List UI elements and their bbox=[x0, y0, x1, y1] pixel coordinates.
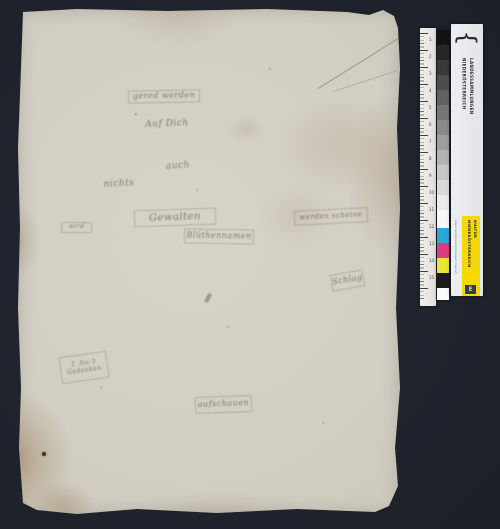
brand-block: KULTUR NIEDERÖSTERREICH E bbox=[462, 216, 480, 296]
calibration-ruler: 123456789101112131415 bbox=[420, 28, 436, 306]
ruler-number: 10 bbox=[429, 191, 434, 195]
ruler-number: 11 bbox=[429, 208, 434, 212]
step-wedge bbox=[437, 30, 449, 300]
ruler-number: 4 bbox=[429, 89, 432, 93]
ruler-number: 2 bbox=[429, 55, 432, 59]
inscription: nichts bbox=[97, 177, 142, 193]
scan-stage: gered werdenAuf DichauchnichtswirdGewalt… bbox=[0, 0, 500, 529]
wedge-patch bbox=[437, 180, 449, 195]
ruler-number: 5 bbox=[429, 106, 432, 110]
inscription: werden scheine bbox=[294, 207, 369, 226]
wedge-patch bbox=[437, 195, 449, 210]
wedge-patch bbox=[437, 210, 449, 225]
ruler-number: 15 bbox=[429, 276, 434, 280]
manuscript-page: gered werdenAuf DichauchnichtswirdGewalt… bbox=[17, 8, 400, 514]
inscription: wird bbox=[61, 222, 92, 233]
wedge-patch bbox=[437, 243, 449, 258]
wedge-patch bbox=[437, 165, 449, 180]
ruler-number: 3 bbox=[429, 72, 432, 76]
inscription: Schlag bbox=[330, 269, 365, 291]
wedge-patch bbox=[437, 105, 449, 120]
institution-card: { LANDESSAMMLUNGEN NIEDERÖSTERREICH www.… bbox=[451, 24, 483, 296]
ruler-number: 1 bbox=[429, 38, 432, 42]
wedge-patch bbox=[437, 60, 449, 75]
ruler-number: 6 bbox=[429, 123, 432, 127]
wedge-patch bbox=[437, 228, 449, 243]
inscription: auch bbox=[163, 160, 194, 174]
collection-label: LANDESSAMMLUNGEN NIEDERÖSTERREICH bbox=[460, 58, 475, 132]
wedge-patch bbox=[437, 120, 449, 135]
wedge-patch bbox=[437, 273, 449, 288]
wedge-patch bbox=[437, 75, 449, 90]
inscription-layer: gered werdenAuf DichauchnichtswirdGewalt… bbox=[17, 8, 400, 514]
wedge-patch bbox=[437, 135, 449, 150]
inscription: gered werden bbox=[128, 89, 200, 103]
ruler-number: 13 bbox=[429, 242, 434, 246]
wedge-patch bbox=[437, 45, 449, 60]
small-print: www.landessammlungen-noe.at bbox=[454, 220, 458, 300]
wedge-patch bbox=[437, 30, 449, 45]
ruler-number: 12 bbox=[429, 225, 434, 229]
wedge-patch bbox=[437, 258, 449, 273]
ruler-number: 8 bbox=[429, 157, 432, 161]
wedge-patch bbox=[437, 288, 449, 300]
inscription: T. No 3Gedenken bbox=[58, 351, 109, 384]
ruler-numbers: 123456789101112131415 bbox=[429, 28, 436, 306]
brand-logo: E bbox=[465, 285, 476, 294]
brand-label: KULTUR NIEDERÖSTERREICH bbox=[466, 220, 478, 278]
ruler-number: 14 bbox=[429, 259, 434, 263]
inscription: aufschauen bbox=[195, 395, 253, 414]
ruler-number: 9 bbox=[429, 174, 432, 178]
wedge-patch bbox=[437, 150, 449, 165]
inscription: Gewalten bbox=[134, 208, 217, 228]
inscription: Auf Dich bbox=[143, 117, 191, 133]
wedge-patch bbox=[437, 90, 449, 105]
ruler-number: 7 bbox=[429, 140, 432, 144]
inscription: Blüthennamen bbox=[184, 228, 254, 244]
ruler-major-ticks bbox=[420, 33, 428, 301]
